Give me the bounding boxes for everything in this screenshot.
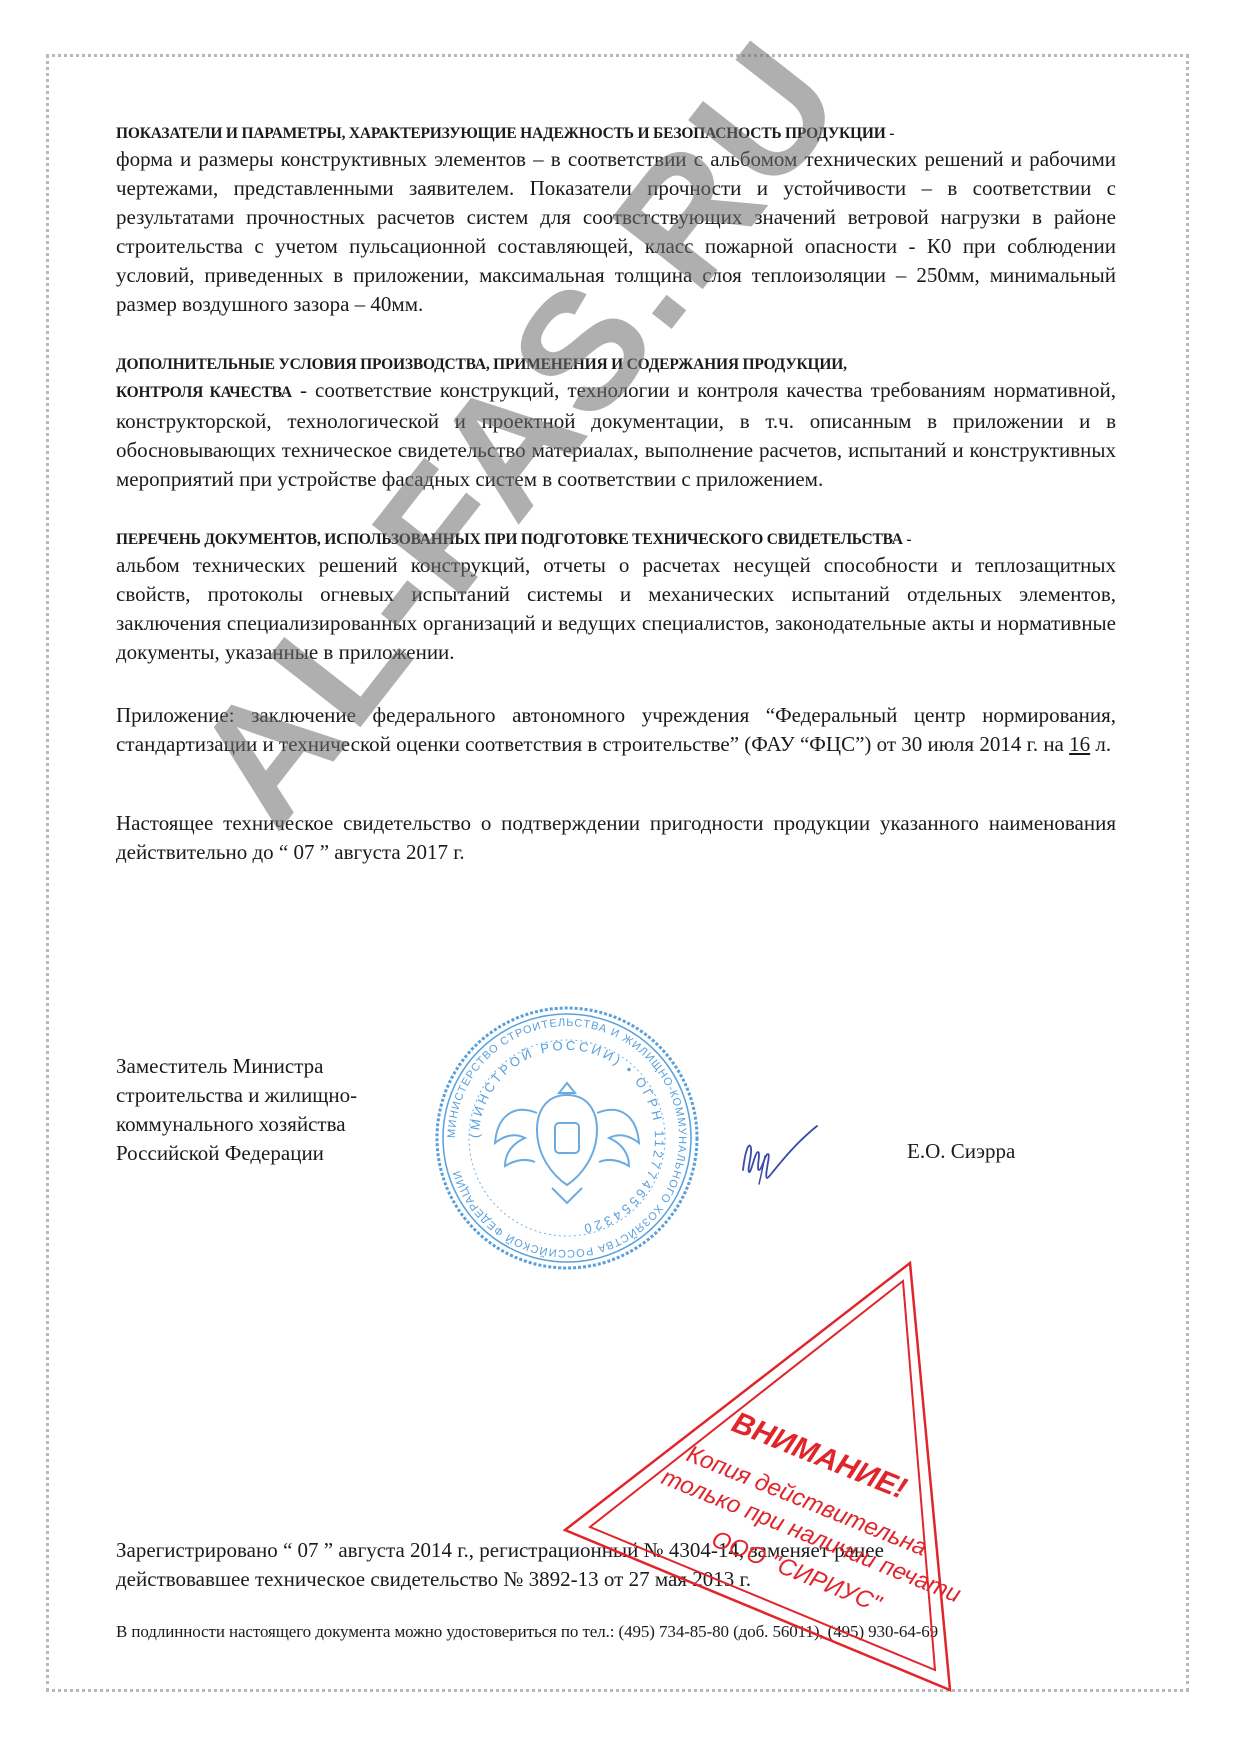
signatory-title-line: Заместитель Министра xyxy=(116,1052,357,1081)
signer-name: Е.О. Сиэрра xyxy=(907,1139,1015,1164)
section-heading: ДОПОЛНИТЕЛЬНЫЕ УСЛОВИЯ ПРОИЗВОДСТВА, ПРИ… xyxy=(116,353,1116,376)
appendix-text-end: л. xyxy=(1090,732,1111,756)
validity-paragraph: Настоящее техническое свидетельство о по… xyxy=(116,809,1116,867)
section-text: форма и размеры конструктивных элементов… xyxy=(116,145,1116,319)
section-text: альбом технических решений конструкций, … xyxy=(116,551,1116,667)
appendix-paragraph: Приложение: заключение федерального авто… xyxy=(116,701,1116,759)
registration-line: Зарегистрировано “ 07 ” августа 2014 г.,… xyxy=(116,1536,1116,1565)
section-reliability: ПОКАЗАТЕЛИ И ПАРАМЕТРЫ, ХАРАКТЕРИЗУЮЩИЕ … xyxy=(116,122,1116,319)
ministry-seal-icon: МИНИСТЕРСТВО СТРОИТЕЛЬСТВА И ЖИЛИЩНО-КОМ… xyxy=(432,1003,702,1273)
section-heading: ПЕРЕЧЕНЬ ДОКУМЕНТОВ, ИСПОЛЬЗОВАННЫХ ПРИ … xyxy=(116,528,1116,551)
appendix-page-count: 16 xyxy=(1069,732,1090,756)
signatory-title-line: Российской Федерации xyxy=(116,1139,357,1168)
appendix-text: Приложение: заключение федерального авто… xyxy=(116,703,1116,756)
signatory-title-line: коммунального хозяйства xyxy=(116,1110,357,1139)
verification-note: В подлинности настоящего документа можно… xyxy=(116,1622,938,1642)
signatory-title: Заместитель Министра строительства и жил… xyxy=(116,1052,357,1168)
section-additional-conditions: ДОПОЛНИТЕЛЬНЫЕ УСЛОВИЯ ПРОИЗВОДСТВА, ПРИ… xyxy=(116,353,1116,494)
svg-text:МИНИСТЕРСТВО СТРОИТЕЛЬСТВА И Ж: МИНИСТЕРСТВО СТРОИТЕЛЬСТВА И ЖИЛИЩНО-КОМ… xyxy=(446,1017,688,1259)
section-text-wrapper: КОНТРОЛЯ КАЧЕСТВА - соответствие констру… xyxy=(116,376,1116,494)
section-heading: ПОКАЗАТЕЛИ И ПАРАМЕТРЫ, ХАРАКТЕРИЗУЮЩИЕ … xyxy=(116,122,1116,145)
registration-line: действовавшее техническое свидетельство … xyxy=(116,1565,1116,1594)
signatory-title-line: строительства и жилищно- xyxy=(116,1081,357,1110)
document-body: ПОКАЗАТЕЛИ И ПАРАМЕТРЫ, ХАРАКТЕРИЗУЮЩИЕ … xyxy=(116,122,1116,917)
section-documents-list: ПЕРЕЧЕНЬ ДОКУМЕНТОВ, ИСПОЛЬЗОВАННЫХ ПРИ … xyxy=(116,528,1116,667)
registration-info: Зарегистрировано “ 07 ” августа 2014 г.,… xyxy=(116,1536,1116,1594)
section-inline-heading: КОНТРОЛЯ КАЧЕСТВА xyxy=(116,384,292,401)
handwritten-signature-icon xyxy=(735,1108,825,1188)
